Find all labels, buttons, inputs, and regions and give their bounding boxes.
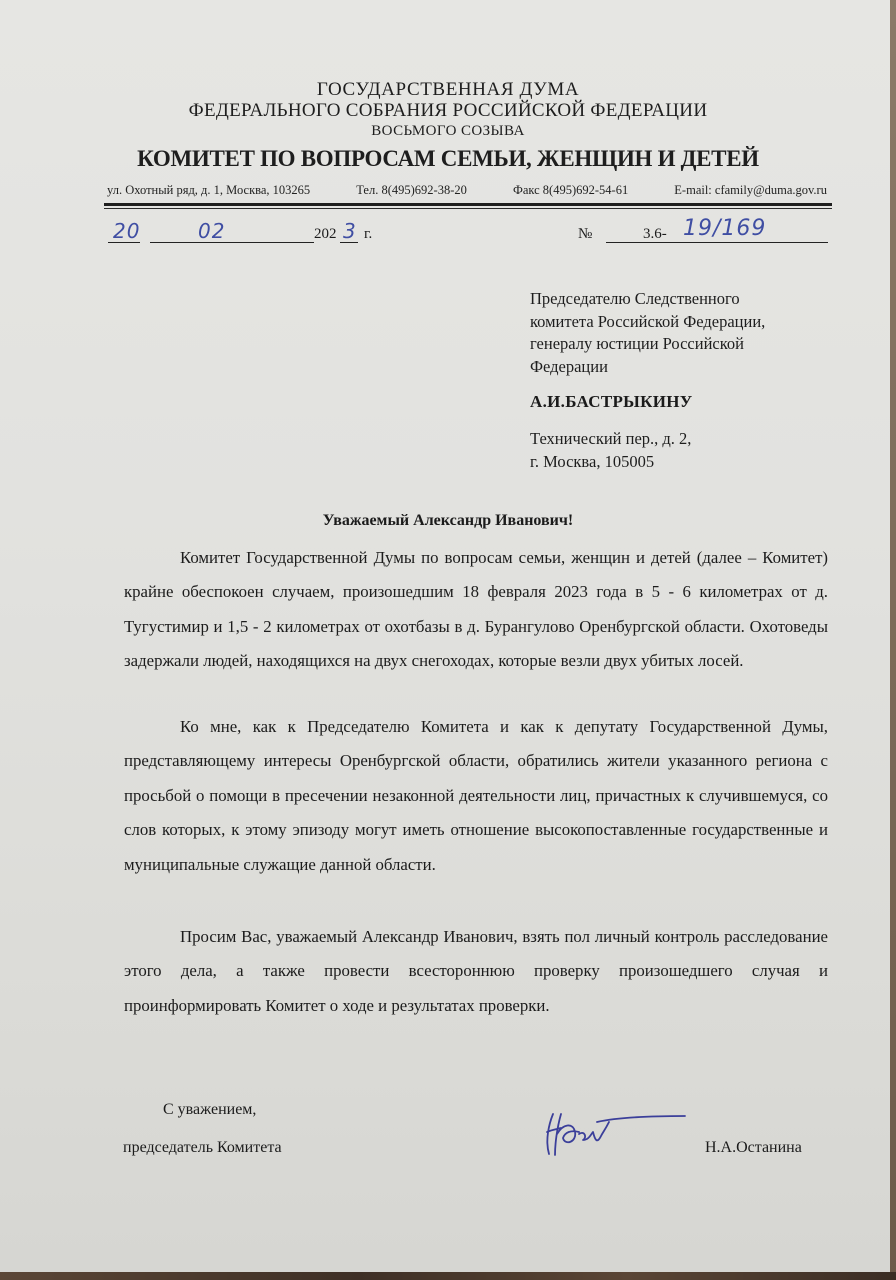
addressee-line: генералу юстиции Российской [530, 333, 765, 356]
date-year-digit-handwritten: 3 [343, 219, 357, 243]
signature-icon [535, 1110, 695, 1160]
contact-email: E-mail: cfamily@duma.gov.ru [674, 183, 827, 198]
addressee-address-line: г. Москва, 105005 [530, 451, 691, 474]
date-day-handwritten: 20 [113, 219, 140, 243]
date-year-suffix: г. [364, 226, 372, 243]
table-surface-edge [0, 1272, 896, 1280]
number-prefix: 3.6- [643, 226, 667, 243]
body-paragraph-2: Ко мне, как к Председателю Комитета и ка… [124, 710, 828, 882]
number-sign: № [578, 226, 592, 243]
closing-position: председатель Комитета [123, 1139, 282, 1157]
body-paragraph-1: Комитет Государственной Думы по вопросам… [124, 541, 828, 679]
signatory-name: Н.А.Останина [705, 1139, 802, 1157]
number-underline [606, 242, 828, 243]
body-paragraph-3: Просим Вас, уважаемый Александр Иванович… [124, 920, 828, 1023]
date-year-prefix: 202 [314, 226, 337, 243]
date-month-underline [150, 242, 314, 243]
letterhead-line-1: ГОСУДАРСТВЕННАЯ ДУМА [0, 79, 896, 101]
number-handwritten: 19/169 [683, 216, 766, 241]
addressee-name: А.И.БАСТРЫКИНУ [530, 392, 693, 412]
date-month-handwritten: 02 [198, 219, 225, 243]
letterhead-divider-thick [104, 203, 832, 206]
addressee-line: Председателю Следственного [530, 288, 765, 311]
letterhead-divider-thin [104, 208, 832, 209]
date-day-underline [108, 242, 140, 243]
letterhead-line-3: ВОСЬМОГО СОЗЫВА [0, 123, 896, 140]
letter-page: ГОСУДАРСТВЕННАЯ ДУМА ФЕДЕРАЛЬНОГО СОБРАН… [0, 0, 890, 1272]
contact-phone: Тел. 8(495)692-38-20 [356, 183, 467, 198]
addressee-title: Председателю Следственного комитета Росс… [530, 288, 765, 378]
contact-address: ул. Охотный ряд, д. 1, Москва, 103265 [107, 183, 310, 198]
letterhead-contacts: ул. Охотный ряд, д. 1, Москва, 103265 Те… [107, 183, 827, 198]
salutation: Уважаемый Александр Иванович! [0, 512, 896, 530]
paper-right-edge-shadow [890, 0, 896, 1280]
date-year-underline [340, 242, 358, 243]
addressee-line: Федерации [530, 356, 765, 379]
letterhead-line-2: ФЕДЕРАЛЬНОГО СОБРАНИЯ РОССИЙСКОЙ ФЕДЕРАЦ… [0, 100, 896, 122]
committee-title: КОМИТЕТ ПО ВОПРОСАМ СЕМЬИ, ЖЕНЩИН И ДЕТЕ… [0, 146, 896, 172]
addressee-address-line: Технический пер., д. 2, [530, 428, 691, 451]
addressee-line: комитета Российской Федерации, [530, 311, 765, 334]
addressee-address: Технический пер., д. 2, г. Москва, 10500… [530, 428, 691, 473]
contact-fax: Факс 8(495)692-54-61 [513, 183, 628, 198]
closing-regards: С уважением, [163, 1101, 256, 1119]
